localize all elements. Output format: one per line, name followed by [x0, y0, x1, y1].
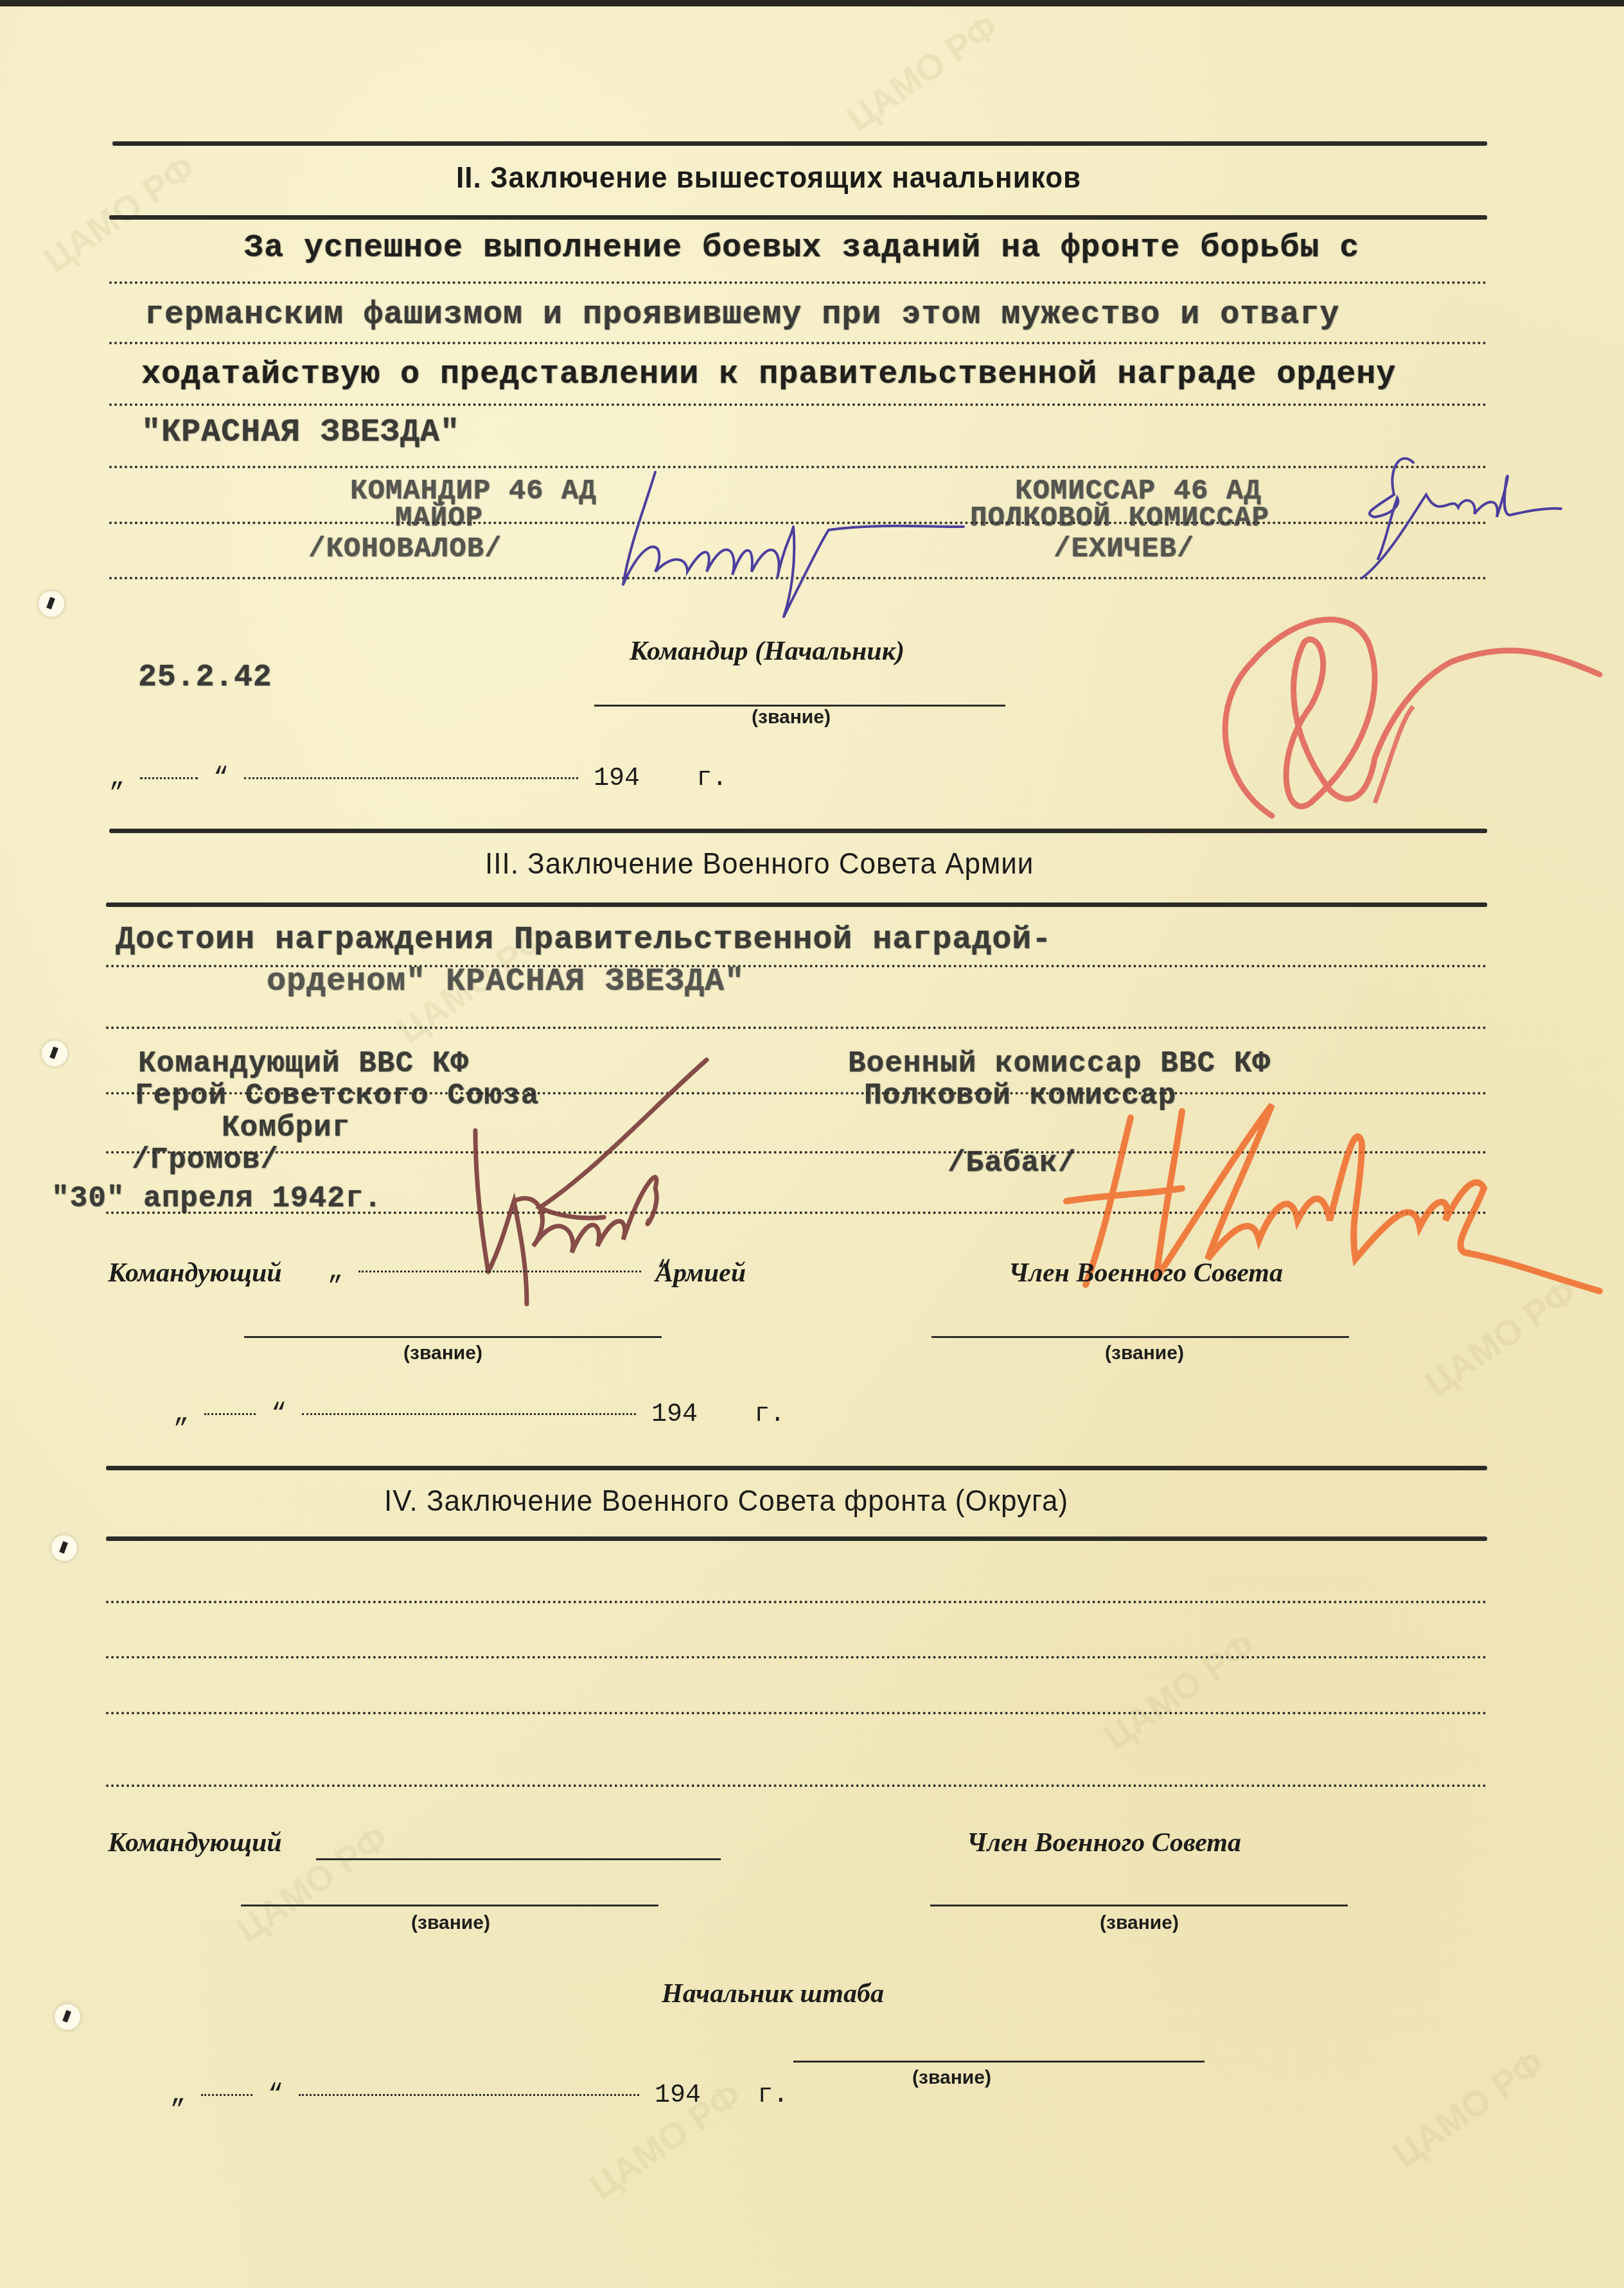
watermark: ЦАМО РФ	[1417, 1271, 1584, 1405]
year-prefix: 194	[594, 764, 640, 793]
rank-caption: (звание)	[912, 2067, 991, 2089]
rank-line	[931, 1336, 1349, 1338]
red-pencil-mark	[1182, 591, 1606, 822]
form-line	[106, 1026, 1487, 1029]
day-field[interactable]	[204, 1413, 256, 1415]
month-field[interactable]	[244, 777, 578, 779]
year-suffix: г.	[757, 2081, 788, 2110]
commander-signature-line[interactable]	[316, 1858, 721, 1860]
commander-stamp-name: /КОНОВАЛОВ/	[308, 533, 502, 565]
commissar-stamp-rank: ПОЛКОВОЙ КОМИССАР	[970, 502, 1269, 534]
month-field[interactable]	[302, 1413, 636, 1415]
section-heading: III. Заключение Военного Совета Армии	[485, 847, 1034, 881]
date-template: „ “ 194 г.	[170, 2081, 788, 2110]
divider	[112, 141, 1487, 146]
close-quote: “	[268, 2081, 283, 2110]
day-field[interactable]	[201, 2094, 252, 2096]
army-field: „ “	[328, 1258, 672, 1287]
body-line: германским фашизмом и проявившему при эт…	[145, 297, 1339, 333]
body-line: орденом" КРАСНАЯ ЗВЕЗДА"	[267, 964, 745, 1000]
open-quote: „	[173, 1400, 189, 1429]
open-quote: „	[328, 1258, 343, 1287]
commander-stamp-name: /Громов/	[132, 1143, 279, 1177]
council-member-label: Член Военного Совета	[967, 1827, 1241, 1858]
punch-hole	[51, 1535, 77, 1561]
day-field[interactable]	[140, 777, 198, 779]
form-line[interactable]	[106, 1656, 1487, 1659]
watermark: ЦАМО РФ	[839, 5, 1006, 139]
typed-date: 25.2.42	[138, 660, 272, 695]
commissar-stamp-name: /ЕХИЧЕВ/	[1054, 533, 1194, 565]
commissar-stamp-title: Военный комиссар ВВС КФ	[848, 1047, 1271, 1080]
form-line	[109, 403, 1487, 406]
open-quote: „	[109, 764, 125, 793]
rank-caption: (звание)	[1100, 1912, 1179, 1934]
document-page: ЦАМО РФ ЦАМО РФ ЦАМО РФ ЦАМО РФ ЦАМО РФ …	[0, 0, 1624, 2288]
commander-stamp-title: Командующий ВВС КФ	[138, 1047, 469, 1080]
close-quote: “	[271, 1400, 287, 1429]
form-line	[109, 577, 1487, 579]
divider	[106, 902, 1487, 907]
form-line[interactable]	[106, 1784, 1487, 1787]
commander-label: Командующий	[108, 1827, 282, 1858]
form-line[interactable]	[106, 1712, 1487, 1714]
rank-caption: (звание)	[752, 707, 831, 728]
rank-line	[244, 1336, 662, 1338]
open-quote: „	[170, 2081, 186, 2110]
year-suffix: г.	[754, 1400, 785, 1429]
divider	[109, 829, 1487, 833]
month-field[interactable]	[299, 2094, 639, 2096]
divider	[106, 1536, 1487, 1541]
punch-hole	[39, 591, 64, 617]
watermark: ЦАМО РФ	[1385, 2041, 1552, 2176]
body-line: "КРАСНАЯ ЗВЕЗДА"	[141, 414, 460, 451]
rank-caption: (звание)	[1105, 1342, 1184, 1364]
commander-stamp-award: Герой Советского Союза	[135, 1079, 539, 1113]
divider	[106, 1466, 1487, 1470]
watermark: ЦАМО РФ	[36, 146, 203, 281]
form-line	[109, 522, 1487, 524]
scan-top-edge	[0, 0, 1624, 6]
date-template: „ “ 194 г.	[109, 764, 727, 793]
form-line	[106, 1211, 1487, 1214]
divider	[109, 215, 1487, 220]
section-heading: IV. Заключение Военного Совета фронта (О…	[384, 1484, 1068, 1518]
punch-hole	[55, 2004, 80, 2030]
form-line	[109, 342, 1487, 344]
commander-stamp-rank: МАЙОР	[395, 502, 483, 534]
army-label: Армией	[655, 1258, 746, 1289]
year-prefix: 194	[655, 2081, 701, 2110]
date-template: „ “ 194 г.	[173, 1400, 785, 1429]
rank-line[interactable]	[930, 1905, 1348, 1906]
form-line	[109, 466, 1487, 468]
commander-signature	[617, 462, 976, 636]
rank-caption: (звание)	[411, 1912, 490, 1934]
council-member-label: Член Военного Совета	[1009, 1258, 1283, 1289]
body-line: ходатайствую о представлении к правитель…	[141, 356, 1396, 393]
form-line	[106, 1092, 1487, 1095]
typed-date: "30" апреля 1942г.	[51, 1182, 382, 1215]
body-line: За успешное выполнение боевых заданий на…	[244, 230, 1359, 267]
commander-label: Командующий	[108, 1258, 282, 1289]
punch-hole	[42, 1041, 67, 1066]
commissar-stamp-rank: Полковой комиссар	[864, 1079, 1176, 1113]
army-name-field[interactable]	[358, 1271, 641, 1272]
rank-line[interactable]	[793, 2061, 1205, 2063]
year-suffix: г.	[696, 764, 727, 793]
rank-caption: (звание)	[403, 1342, 482, 1364]
form-line	[109, 281, 1487, 284]
form-line[interactable]	[106, 1601, 1487, 1603]
chief-of-staff-label: Начальник штаба	[662, 1978, 884, 2009]
form-line	[106, 1151, 1487, 1154]
close-quote: “	[213, 764, 229, 793]
commander-label: Командир (Начальник)	[630, 636, 905, 667]
body-line: Достоин награждения Правительственной на…	[116, 922, 1052, 958]
rank-line[interactable]	[241, 1905, 658, 1906]
section-heading: II. Заключение вышестоящих начальников	[456, 161, 1081, 195]
year-prefix: 194	[651, 1400, 698, 1429]
commander-stamp-rank: Комбриг	[222, 1111, 350, 1145]
